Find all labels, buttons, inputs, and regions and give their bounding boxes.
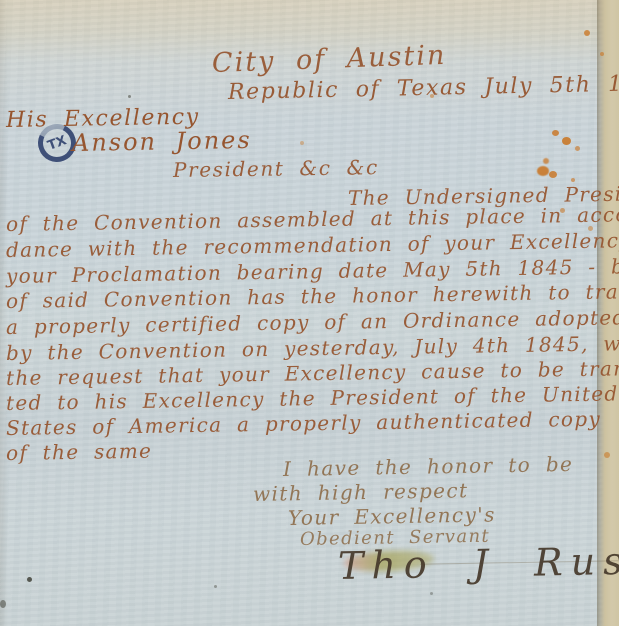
- ink-speck: [430, 592, 433, 595]
- dateline-city: City of Austin: [211, 40, 446, 79]
- foxing-stain: [543, 158, 549, 164]
- closing-line: with high respect: [253, 478, 469, 506]
- recipient-name: Anson Jones: [72, 126, 252, 157]
- tx-stamp-label: TX: [46, 133, 69, 154]
- ink-speck: [27, 577, 32, 582]
- foxing-stain: [584, 30, 590, 36]
- letter-page: TX City of Austin Republic of Texas July…: [0, 0, 619, 626]
- foxing-stain: [571, 178, 575, 182]
- closing-line: I have the honor to be: [283, 452, 574, 481]
- foxing-stain: [549, 171, 557, 178]
- ink-speck: [0, 600, 6, 608]
- body-line: of the same: [6, 439, 153, 465]
- foxing-stain: [537, 166, 549, 176]
- ink-speck: [128, 95, 131, 98]
- recipient-title: President &c &c: [173, 155, 379, 182]
- signature: Tho J Rusk: [338, 538, 619, 588]
- foxing-stain: [552, 130, 559, 136]
- foxing-stain: [300, 141, 304, 145]
- foxing-stain: [575, 146, 580, 151]
- foxing-stain: [562, 137, 571, 145]
- ink-speck: [214, 585, 217, 588]
